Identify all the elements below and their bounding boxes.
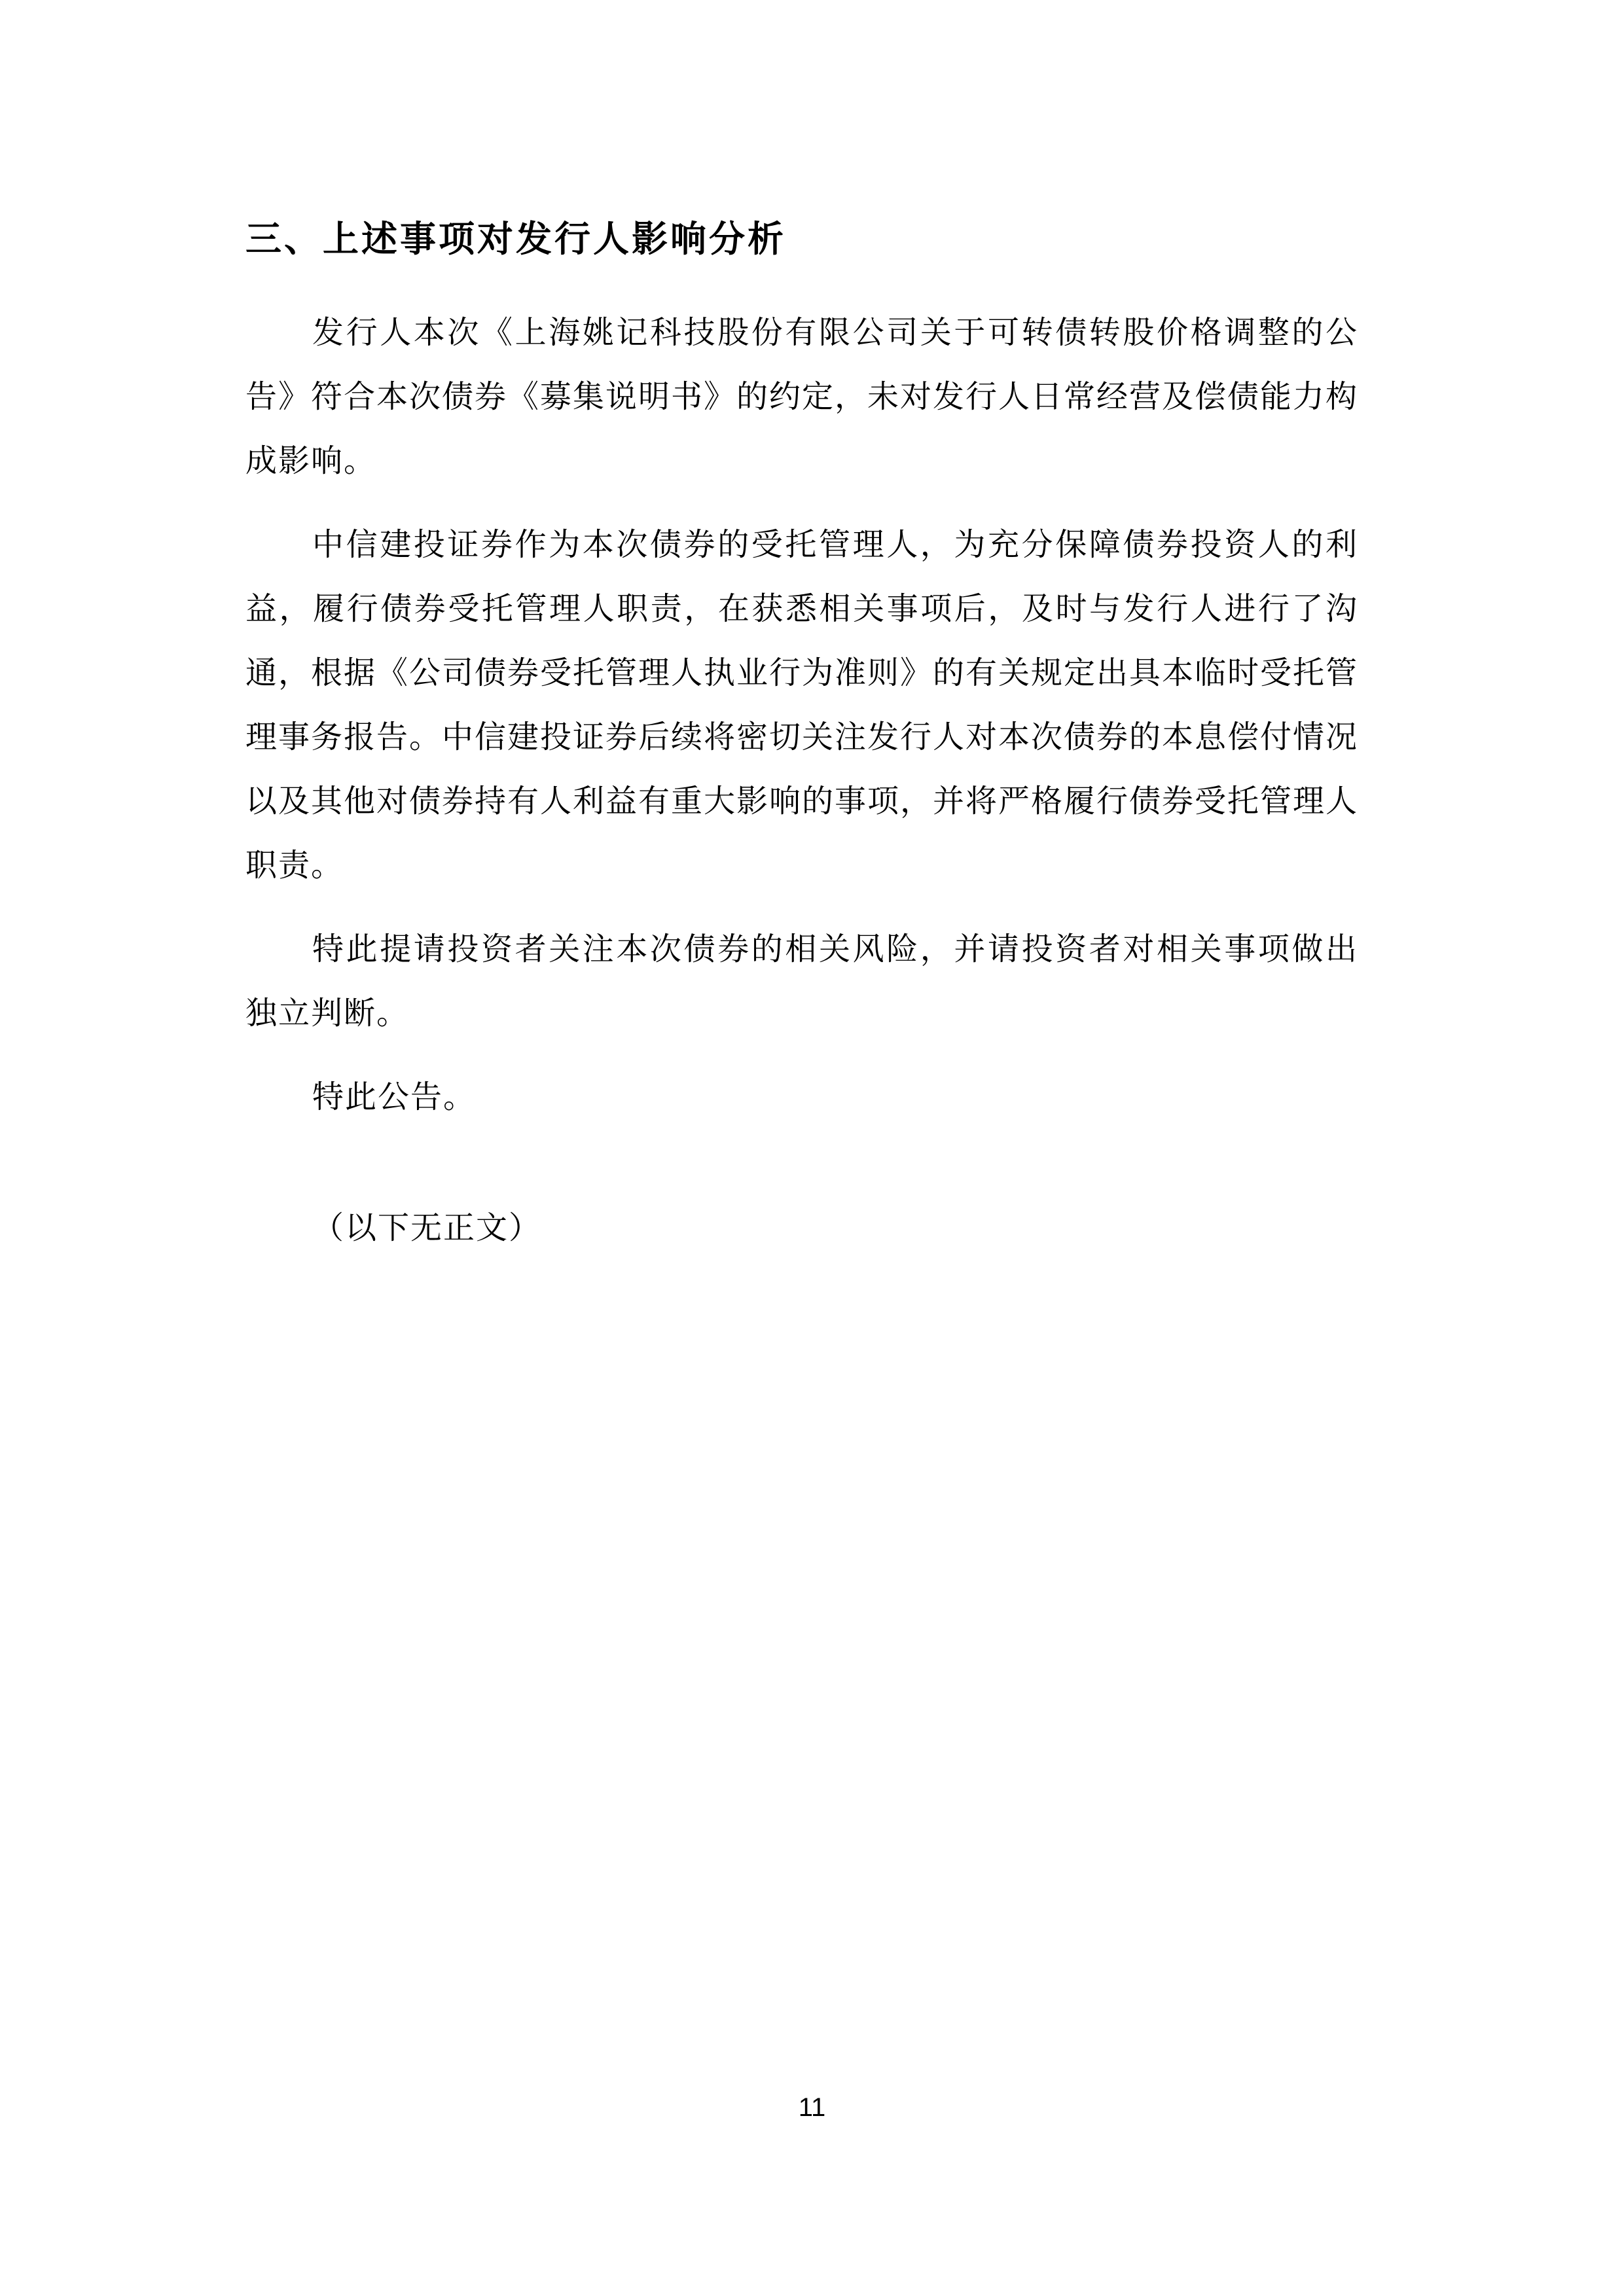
paragraph-trustee-actions: 中信建投证券作为本次债券的受托管理人，为充分保障债券投资人的利益，履行债券受托管… [245,513,1358,898]
section-heading: 三、上述事项对发行人影响分析 [245,216,1358,262]
page-number: 11 [799,2093,826,2122]
document-body: 三、上述事项对发行人影响分析 发行人本次《上海姚记科技股份有限公司关于可转债转股… [245,216,1358,1280]
paragraph-investor-reminder: 特此提请投资者关注本次债券的相关风险，并请投资者对相关事项做出独立判断。 [245,918,1358,1046]
paragraph-no-more-text-note: （以下无正文） [245,1196,1358,1261]
paragraph-announcement-closing: 特此公告。 [245,1066,1358,1130]
paragraph-issuer-impact: 发行人本次《上海姚记科技股份有限公司关于可转债转股价格调整的公告》符合本次债券《… [245,301,1358,493]
page-footer: 11 [0,2092,1624,2123]
document-page: 三、上述事项对发行人影响分析 发行人本次《上海姚记科技股份有限公司关于可转债转股… [0,0,1624,2296]
